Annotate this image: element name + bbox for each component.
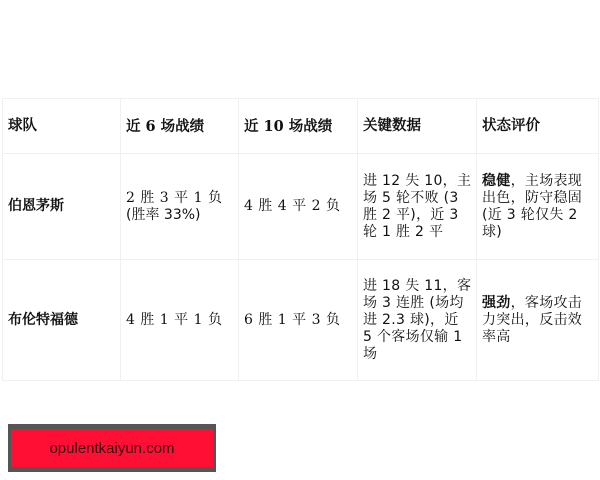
assessment-keyword: 稳健 (482, 173, 511, 189)
header-team: 球队 (3, 99, 121, 154)
last-6-record: 4 胜 1 平 1 负 (121, 260, 239, 381)
last-10-record: 6 胜 1 平 3 负 (239, 260, 358, 381)
team-form-table: 球队 近 6 场战绩 近 10 场战绩 关键数据 状态评价 伯恩茅斯 2 胜 3… (2, 98, 599, 381)
last-6-record: 2 胜 3 平 1 负 (胜率 33%) (121, 154, 239, 260)
win-rate-note: (胜率 33%) (126, 207, 234, 224)
assessment-keyword: 强劲 (482, 295, 511, 311)
last-6-result: 2 胜 3 平 1 负 (126, 190, 234, 207)
header-last-10: 近 10 场战绩 (239, 99, 358, 154)
header-last-6: 近 6 场战绩 (121, 99, 239, 154)
form-assessment: 强劲，客场攻击力突出，反击效率高 (477, 260, 599, 381)
form-assessment: 稳健，主场表现出色，防守稳固 (近 3 轮仅失 2 球) (477, 154, 599, 260)
last-10-record: 4 胜 4 平 2 负 (239, 154, 358, 260)
table-row: 布伦特福德 4 胜 1 平 1 负 6 胜 1 平 3 负 进 18 失 11，… (3, 260, 599, 381)
team-name: 布伦特福德 (3, 260, 121, 381)
team-name: 伯恩茅斯 (3, 154, 121, 260)
blank-top-area (0, 0, 600, 96)
site-watermark-banner[interactable]: opulentkaiyun.com (8, 424, 216, 472)
header-assessment: 状态评价 (477, 99, 599, 154)
table-row: 伯恩茅斯 2 胜 3 平 1 负 (胜率 33%) 4 胜 4 平 2 负 进 … (3, 154, 599, 260)
key-data: 进 12 失 10，主场 5 轮不败 (3 胜 2 平)，近 3 轮 1 胜 2… (358, 154, 477, 260)
table-header-row: 球队 近 6 场战绩 近 10 场战绩 关键数据 状态评价 (3, 99, 599, 154)
header-key-data: 关键数据 (358, 99, 477, 154)
site-watermark-text[interactable]: opulentkaiyun.com (11, 429, 213, 467)
key-data: 进 18 失 11，客场 3 连胜 (场均进 2.3 球)，近 5 个客场仅输 … (358, 260, 477, 381)
